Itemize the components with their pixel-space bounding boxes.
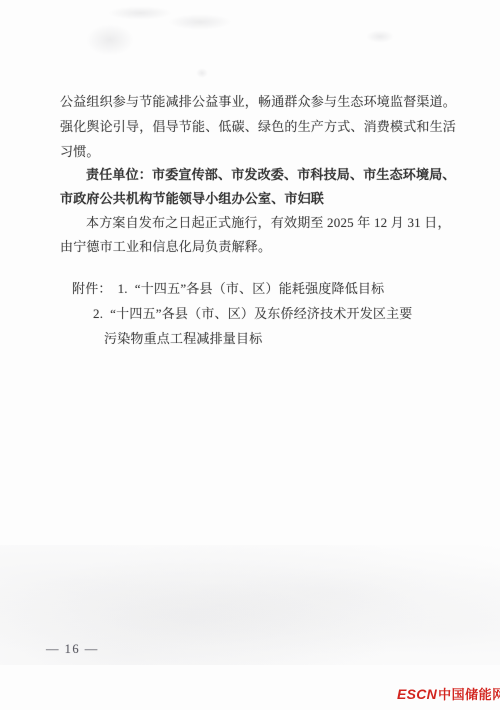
attachment-2-text-wrap: 污染物重点工程减排量目标 [104, 329, 262, 349]
responsible-unit-line: 责任单位：市委宣传部、市发改委、市科技局、市生态环境局、 [86, 165, 456, 185]
body-text-line: 公益组织参与节能减排公益事业，畅通群众参与生态环境监督渠道。 [60, 92, 456, 112]
attachment-2-text: “十四五”各县（市、区）及东侨经济技术开发区主要 [110, 306, 412, 321]
escn-logo-cn: 中国储能网 [438, 687, 500, 702]
attachment-item-1: 附件：1.“十四五”各县（市、区）能耗强度降低目标 [72, 279, 384, 299]
body-text-line: 习惯。 [60, 142, 100, 162]
scan-smudge [108, 6, 172, 20]
scan-smudge [168, 14, 232, 30]
effective-date-line: 本方案自发布之日起正式施行，有效期至 2025 年 12 月 31 日， [86, 213, 451, 233]
attachment-1-number: 1. [118, 281, 128, 296]
attachment-item-2: 2.“十四五”各县（市、区）及东侨经济技术开发区主要 [93, 304, 413, 324]
attachment-1-text: “十四五”各县（市、区）能耗强度降低目标 [135, 281, 385, 296]
interpretation-line: 由宁德市工业和信息化局负责解释。 [60, 237, 271, 257]
attachments-label: 附件： [72, 281, 112, 296]
escn-logo-en: ESCN [397, 686, 437, 702]
body-text-line: 强化舆论引导，倡导节能、低碳、绿色的生产方式、消费模式和生活 [60, 117, 456, 137]
scan-smudge [86, 24, 134, 56]
document-page: 公益组织参与节能减排公益事业，畅通群众参与生态环境监督渠道。 强化舆论引导，倡导… [0, 0, 500, 710]
attachment-2-number: 2. [93, 306, 103, 321]
scan-smudge [196, 68, 208, 78]
scan-smudge [366, 30, 394, 43]
escn-logo: ESCN中国储能网 [397, 684, 500, 704]
responsible-unit-line: 市政府公共机构节能领导小组办公室、市妇联 [60, 189, 324, 209]
page-number: — 16 — [46, 642, 99, 657]
